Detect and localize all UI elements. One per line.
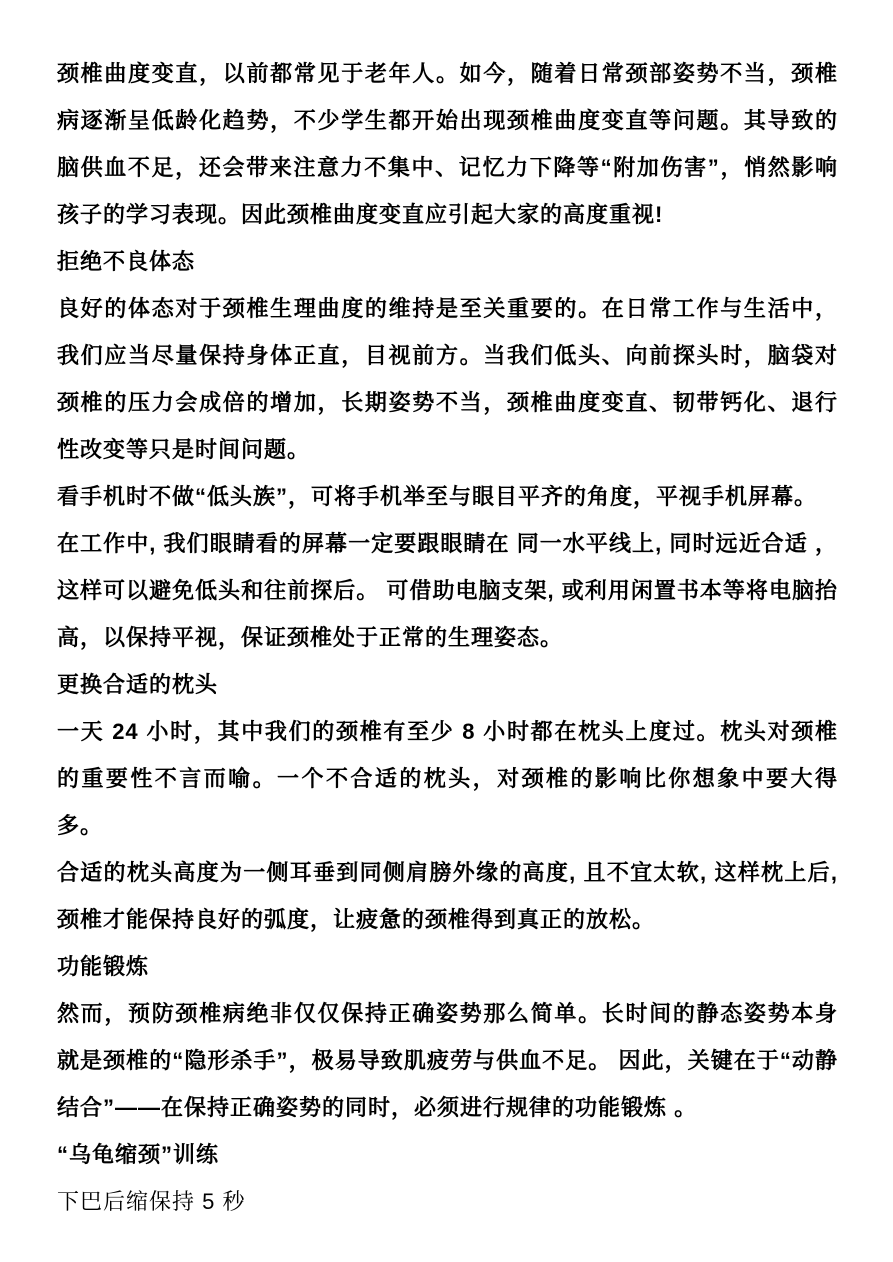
paragraph-pillow-importance: 一天 24 小时，其中我们的颈椎有至少 8 小时都在枕头上度过。枕头对颈椎的重要… bbox=[57, 708, 838, 849]
paragraph-phone-use: 看手机时不做“低头族”，可将手机举至与眼目平齐的角度，平视手机屏幕。 bbox=[57, 473, 838, 520]
paragraph-good-posture: 良好的体态对于颈椎生理曲度的维持是至关重要的。在日常工作与生活中，我们应当尽量保… bbox=[57, 285, 838, 473]
paragraph-dynamic-static: 然而，预防颈椎病绝非仅仅保持正确姿势那么简单。长时间的静态姿势本身就是颈椎的“隐… bbox=[57, 990, 838, 1131]
paragraph-screen-height: 在工作中, 我们眼睛看的屏幕一定要跟眼睛在 同一水平线上, 同时远近合适 ，这样… bbox=[57, 520, 838, 661]
subsection-heading-turtle-neck: “乌龟缩颈”训练 bbox=[57, 1131, 838, 1178]
section-heading-reject-bad-posture: 拒绝不良体态 bbox=[57, 238, 838, 285]
section-heading-pillow: 更换合适的枕头 bbox=[57, 661, 838, 708]
paragraph-pillow-height: 合适的枕头高度为一侧耳垂到同侧肩膀外缘的高度, 且不宜太软, 这样枕上后, 颈椎… bbox=[57, 849, 838, 943]
paragraph-chin-tuck: 下巴后缩保持 5 秒 bbox=[57, 1178, 838, 1225]
intro-paragraph: 颈椎曲度变直，以前都常见于老年人。如今，随着日常颈部姿势不当，颈椎病逐渐呈低龄化… bbox=[57, 50, 838, 238]
section-heading-exercise: 功能锻炼 bbox=[57, 943, 838, 990]
document-page: 颈椎曲度变直，以前都常见于老年人。如今，随着日常颈部姿势不当，颈椎病逐渐呈低龄化… bbox=[0, 0, 893, 1262]
